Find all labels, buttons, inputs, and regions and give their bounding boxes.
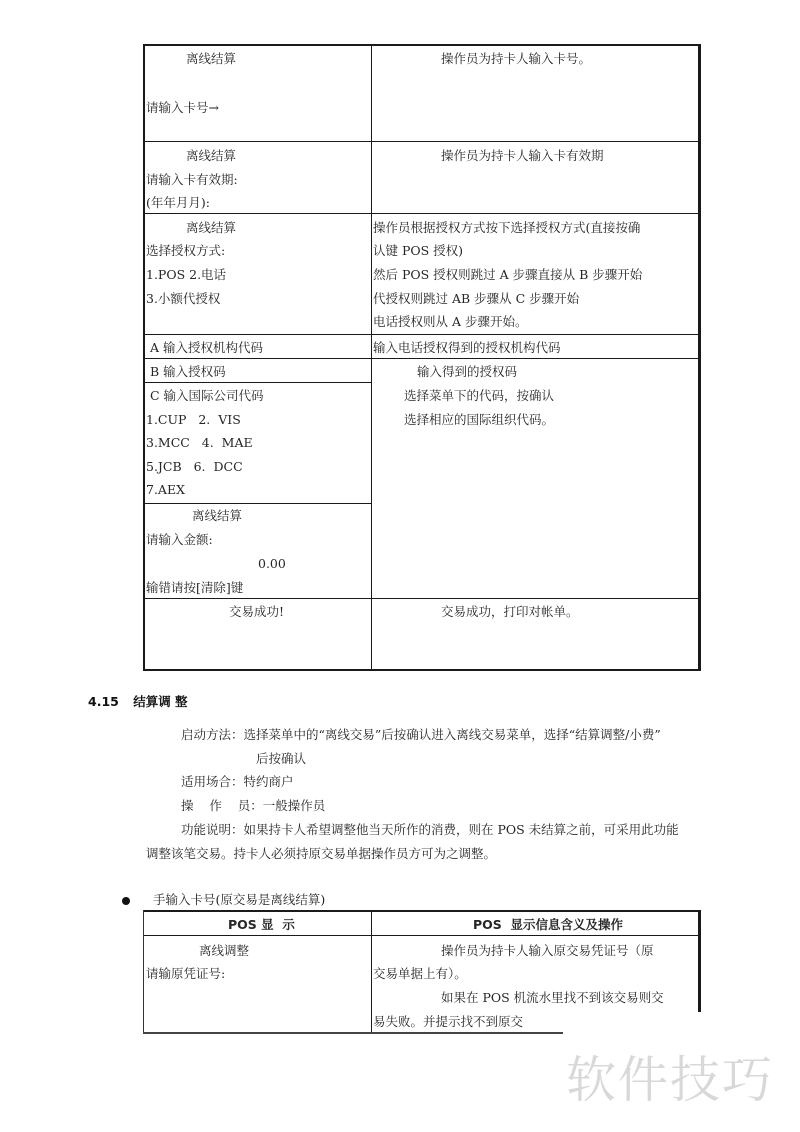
cell-text: 交易成功!	[229, 604, 284, 620]
table2-bottom-border	[143, 1032, 563, 1034]
row-divider	[143, 358, 700, 359]
cell-text: 输入电话授权得到的授权机构代码	[373, 340, 561, 356]
cell-text: 如果在 POS 机流水里找不到该交易则交	[441, 990, 664, 1006]
cell-text: 1.CUP 2. VIS	[146, 412, 241, 428]
cell-text: 选择授权方式:	[146, 243, 225, 259]
table2-top-border	[143, 910, 700, 912]
row-divider-left	[143, 382, 372, 383]
section-title: 结算调 整	[133, 694, 187, 709]
table2-header-divider	[143, 935, 700, 936]
cell-text: 离线结算	[192, 508, 242, 524]
cell-text: 5.JCB 6. DCC	[146, 459, 243, 475]
cell-text: B 输入授权码	[150, 364, 226, 380]
function-desc-line1: 功能说明：如果持卡人希望调整他当天所作的消费，则在 POS 未结算之前，可采用此…	[181, 822, 679, 838]
cell-text: 离线结算	[186, 220, 236, 236]
cell-text: 3.MCC 4. MAE	[146, 435, 253, 451]
table1-top-border	[143, 44, 700, 46]
table2-header-pos-display: POS 显 示	[228, 917, 295, 933]
bullet-icon	[122, 897, 130, 905]
row-divider	[143, 141, 700, 142]
cell-text: 然后 POS 授权则跳过 A 步骤直接从 B 步骤开始	[373, 267, 642, 283]
row-divider-left	[143, 503, 372, 504]
cell-text: 电话授权则从 A 步骤开始。	[373, 314, 527, 330]
cell-text: 操作员为持卡人输入原交易凭证号（原	[441, 943, 654, 959]
section-heading: 4.15 结算调 整	[88, 692, 188, 710]
cell-text: 请输原凭证号:	[146, 966, 225, 982]
cell-text: C 输入国际公司代码	[150, 388, 264, 404]
watermark: 软件技巧	[566, 1040, 774, 1112]
table2-header-meaning: POS 显示信息含义及操作	[473, 917, 623, 933]
applicable-text: 适用场合：特约商户	[181, 774, 294, 790]
row-divider	[143, 213, 700, 214]
table2-column-divider	[371, 910, 372, 1033]
cell-text: 交易单据上有）。	[373, 966, 467, 982]
table1-bottom-border	[143, 669, 701, 671]
section-number: 4.15	[88, 694, 119, 709]
table2-right-border	[698, 910, 701, 1012]
cell-text: 请输入金额:	[146, 532, 213, 548]
cell-text: 代授权则跳过 AB 步骤从 C 步骤开始	[373, 291, 579, 307]
table2-left-border	[143, 910, 144, 1033]
cell-text: 认键 POS 授权)	[373, 243, 463, 259]
cell-text: A 输入授权机构代码	[150, 340, 263, 356]
cell-text: 操作员为持卡人输入卡有效期	[441, 148, 604, 164]
cell-text: 离线结算	[186, 51, 236, 67]
cell-text: 交易成功，打印对帐单。	[441, 604, 579, 620]
cell-text: 操作员根据授权方式按下选择授权方式(直接按确	[373, 220, 640, 236]
operator-text: 操 作 员：一般操作员	[181, 798, 325, 814]
cell-text: 请输入卡号→	[146, 100, 219, 116]
cell-text: 0.00	[258, 556, 286, 572]
cell-text: 易失败。并提示找不到原交	[373, 1014, 523, 1030]
cell-text: 离线结算	[186, 148, 236, 164]
bullet-text: 手输入卡号(原交易是离线结算)	[153, 892, 325, 908]
cell-text: 3.小额代授权	[146, 291, 220, 307]
cell-text: 输入得到的授权码	[417, 364, 517, 380]
cell-text: 操作员为持卡人输入卡号。	[441, 51, 591, 67]
cell-text: 选择相应的国际组织代码。	[404, 412, 554, 428]
cell-text: 输错请按[清除]键	[146, 580, 243, 596]
cell-text: 选择菜单下的代码，按确认	[404, 388, 554, 404]
row-divider	[143, 598, 700, 599]
cell-text: (年年月月):	[146, 195, 210, 211]
start-method-text: 启动方法：选择菜单中的“离线交易”后按确认进入离线交易菜单，选择“结算调整/小费…	[181, 727, 661, 743]
cell-text: 1.POS 2.电话	[146, 267, 226, 283]
function-desc-line2: 调整该笔交易。持卡人必须持原交易单据操作员方可为之调整。	[146, 846, 496, 862]
cell-text: 7.AEX	[146, 482, 185, 498]
row-divider	[143, 334, 700, 335]
start-method-continued: 后按确认	[256, 751, 306, 767]
cell-text: 离线调整	[199, 943, 249, 959]
cell-text: 请输入卡有效期:	[146, 172, 238, 188]
